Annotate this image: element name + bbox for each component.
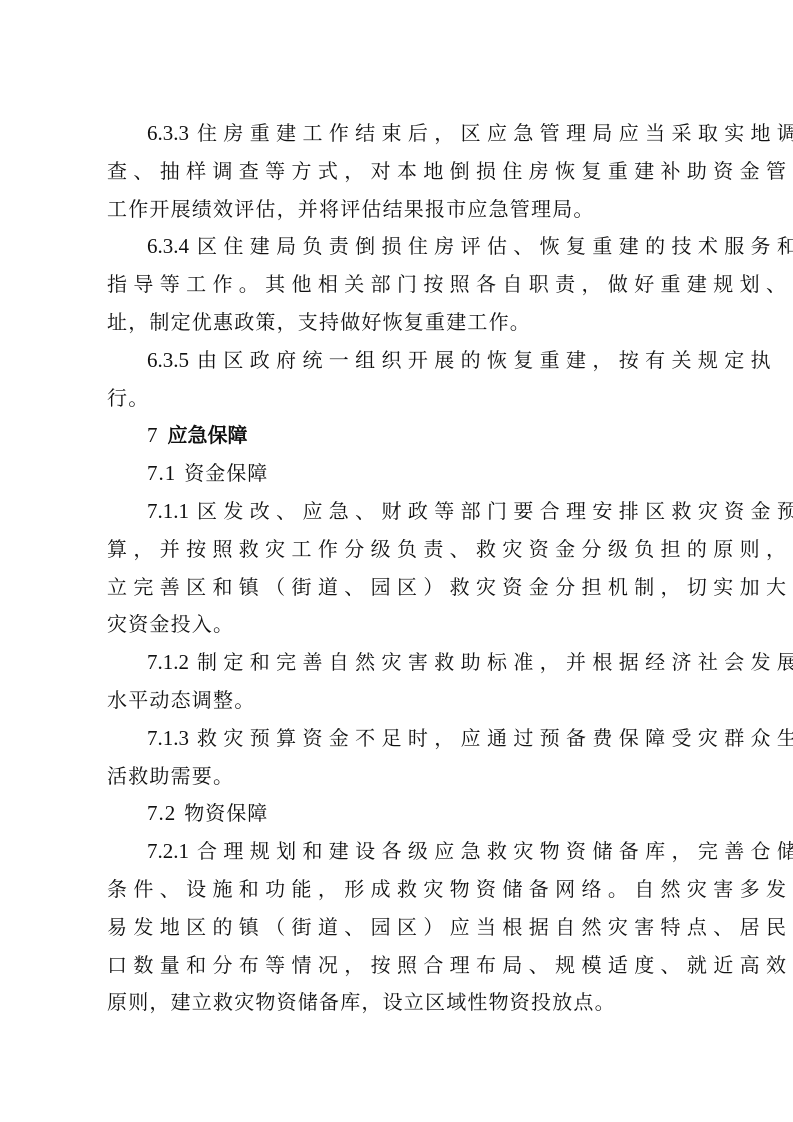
clause-7-1-1: 7.1.1区 发 改 、 应 急 、 财 政 等 部 门 要 合 理 安 排 区…: [107, 493, 684, 644]
clause-line: 条 件 、 设 施 和 功 能 ， 形 成 救 灾 物 资 储 备 网 络 。 …: [107, 871, 684, 909]
subsection-heading-7-2: 7.2物资保障: [107, 795, 684, 833]
subsection-heading-7-1: 7.1资金保障: [107, 455, 684, 493]
clause-line: 指 导 等 工 作 。 其 他 相 关 部 门 按 照 各 自 职 责 ， 做 …: [107, 266, 684, 304]
clause-line: 工作开展绩效评估，并将评估结果报市应急管理局。: [107, 191, 684, 229]
document-page: 6.3.3住 房 重 建 工 作 结 束 后 ， 区 应 急 管 理 局 应 当…: [107, 115, 684, 1022]
clause-number: 7.1.3: [147, 726, 189, 750]
clause-line: 6.3.3住 房 重 建 工 作 结 束 后 ， 区 应 急 管 理 局 应 当…: [107, 115, 684, 153]
clause-line: 7.1.2制 定 和 完 善 自 然 灾 害 救 助 标 准 ， 并 根 据 经…: [107, 644, 684, 682]
section-number: 7: [147, 423, 158, 447]
clause-line: 易 发 地 区 的 镇 （ 街 道 、 园 区 ） 应 当 根 据 自 然 灾 …: [107, 909, 684, 947]
clause-number: 7.1.1: [147, 499, 189, 523]
clause-line: 6.3.5由 区 政 府 统 一 组 织 开 展 的 恢 复 重 建 ， 按 有…: [107, 342, 684, 380]
subsection-title: 资金保障: [184, 461, 268, 485]
clause-number: 7.1.2: [147, 650, 189, 674]
clause-line: 行。: [107, 380, 684, 418]
clause-line: 水平动态调整。: [107, 682, 684, 720]
clause-6-3-5: 6.3.5由 区 政 府 统 一 组 织 开 展 的 恢 复 重 建 ， 按 有…: [107, 342, 684, 418]
clause-line: 查 、 抽 样 调 查 等 方 式 ， 对 本 地 倒 损 住 房 恢 复 重 …: [107, 153, 684, 191]
clause-number: 6.3.3: [147, 121, 189, 145]
clause-line: 7.1.1区 发 改 、 应 急 、 财 政 等 部 门 要 合 理 安 排 区…: [107, 493, 684, 531]
clause-7-2-1: 7.2.1合 理 规 划 和 建 设 各 级 应 急 救 灾 物 资 储 备 库…: [107, 833, 684, 1022]
subsection-title: 物资保障: [184, 801, 268, 825]
clause-6-3-3: 6.3.3住 房 重 建 工 作 结 束 后 ， 区 应 急 管 理 局 应 当…: [107, 115, 684, 228]
section-title: 应急保障: [168, 423, 248, 447]
subsection-number: 7.1: [147, 461, 176, 485]
clause-line: 6.3.4区 住 建 局 负 责 倒 损 住 房 评 估 、 恢 复 重 建 的…: [107, 228, 684, 266]
clause-7-1-3: 7.1.3救 灾 预 算 资 金 不 足 时 ， 应 通 过 预 备 费 保 障…: [107, 720, 684, 796]
clause-line: 7.1.3救 灾 预 算 资 金 不 足 时 ， 应 通 过 预 备 费 保 障…: [107, 720, 684, 758]
clause-line: 址，制定优惠政策，支持做好恢复重建工作。: [107, 304, 684, 342]
clause-line: 立 完 善 区 和 镇 （ 街 道 、 园 区 ） 救 灾 资 金 分 担 机 …: [107, 569, 684, 607]
clause-line: 口 数 量 和 分 布 等 情 况 ， 按 照 合 理 布 局 、 规 模 适 …: [107, 947, 684, 985]
clause-7-1-2: 7.1.2制 定 和 完 善 自 然 灾 害 救 助 标 准 ， 并 根 据 经…: [107, 644, 684, 720]
clause-line: 7.2.1合 理 规 划 和 建 设 各 级 应 急 救 灾 物 资 储 备 库…: [107, 833, 684, 871]
clause-6-3-4: 6.3.4区 住 建 局 负 责 倒 损 住 房 评 估 、 恢 复 重 建 的…: [107, 228, 684, 341]
section-heading-7: 7应急保障: [107, 417, 684, 455]
clause-line: 活救助需要。: [107, 758, 684, 796]
clause-number: 7.2.1: [147, 839, 189, 863]
clause-line: 算 ， 并 按 照 救 灾 工 作 分 级 负 责 、 救 灾 资 金 分 级 …: [107, 531, 684, 569]
clause-number: 6.3.4: [147, 234, 189, 258]
clause-line: 原则，建立救灾物资储备库，设立区域性物资投放点。: [107, 984, 684, 1022]
clause-line: 灾资金投入。: [107, 606, 684, 644]
subsection-number: 7.2: [147, 801, 176, 825]
clause-number: 6.3.5: [147, 348, 189, 372]
